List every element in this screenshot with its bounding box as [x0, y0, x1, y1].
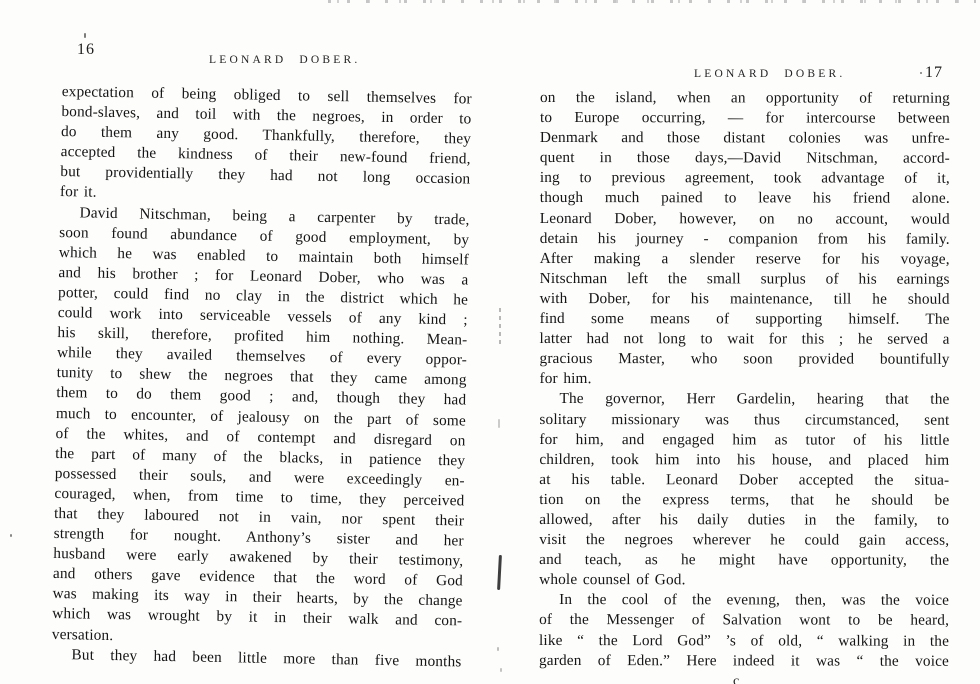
text-line: detain his journey - companion from his … — [540, 229, 950, 250]
scan-artifact-gutter — [498, 419, 500, 428]
scan-artifact-speck — [84, 33, 86, 38]
text-line: for him, and engaged him as tutor of his… — [539, 430, 949, 451]
scan-artifact-gutter — [499, 308, 501, 346]
text-line: whole counsel of God. — [539, 570, 949, 591]
text-line: like “ the Lord God” ’s of old, “ walkin… — [539, 631, 949, 652]
text-line: of the Messenger of Salvation wont to be… — [539, 610, 949, 631]
scan-artifact-speck — [920, 72, 922, 74]
signature-mark: c — [733, 674, 739, 684]
text-line: solitary missionary was thus circumstanc… — [539, 409, 949, 430]
text-line: and teach, as he might have opportunity,… — [539, 550, 949, 571]
scan-artifact-gutter — [497, 555, 502, 590]
scan-artifact-gutter — [497, 647, 499, 651]
text-line: tion on the express terms, that he shoul… — [539, 490, 949, 511]
scan-artifact-gutter — [500, 668, 502, 672]
page-number-left: 16 — [77, 41, 95, 59]
text-line: at his table. Leonard Dober accepted the… — [539, 470, 949, 491]
text-line: find some means of supporting himself. T… — [540, 309, 950, 330]
text-line: Nitschman left the small surplus of his … — [540, 269, 950, 290]
text-column-left: expectation of being obliged to sell the… — [51, 82, 472, 672]
text-line: children, took him into his house, and p… — [539, 450, 949, 471]
running-header-right: LEONARD DOBER. — [694, 68, 845, 80]
scan-artifact-speck — [10, 534, 12, 537]
text-line: though much pained to leave his friend a… — [540, 188, 950, 209]
text-line: quent in those days,—David Nitschman, ac… — [540, 148, 950, 169]
text-line: gracious Master, who soon provided bount… — [540, 349, 950, 370]
text-line: In the cool of the evenıng, then, was th… — [539, 590, 949, 611]
text-line: After making a slender reserve for his v… — [540, 249, 950, 270]
text-line: to Europe occurring, — for intercourse b… — [540, 108, 950, 129]
page-number-right: 17 — [925, 64, 943, 82]
text-line: allowed, after his daily duties in the f… — [539, 510, 949, 531]
text-line: for him. — [539, 369, 949, 390]
running-header-left: LEONARD DOBER. — [209, 54, 360, 66]
text-line: with Dober, for his maintenance, till he… — [540, 289, 950, 310]
text-line: Leonard Dober, however, on no account, w… — [540, 209, 950, 230]
scan-artifact-top-edge — [328, 0, 976, 3]
text-line: Denmark and those distant colonies was u… — [540, 128, 950, 149]
text-line: on the island, when an opportunity of re… — [540, 88, 950, 109]
text-line: latter had not long to wait for this ; h… — [540, 329, 950, 350]
text-line: The governor, Herr Gardelin, hearing tha… — [539, 389, 949, 410]
text-column-right: on the island, when an opportunity of re… — [539, 88, 950, 671]
text-line: garden of Eden.” Here indeed it was “ th… — [539, 651, 949, 672]
scanned-book-spread: 16 LEONARD DOBER. expectation of being o… — [0, 0, 980, 684]
text-line: visit the negroes wherever he could gain… — [539, 530, 949, 551]
text-line: ing to previous agreement, took advantag… — [540, 168, 950, 189]
